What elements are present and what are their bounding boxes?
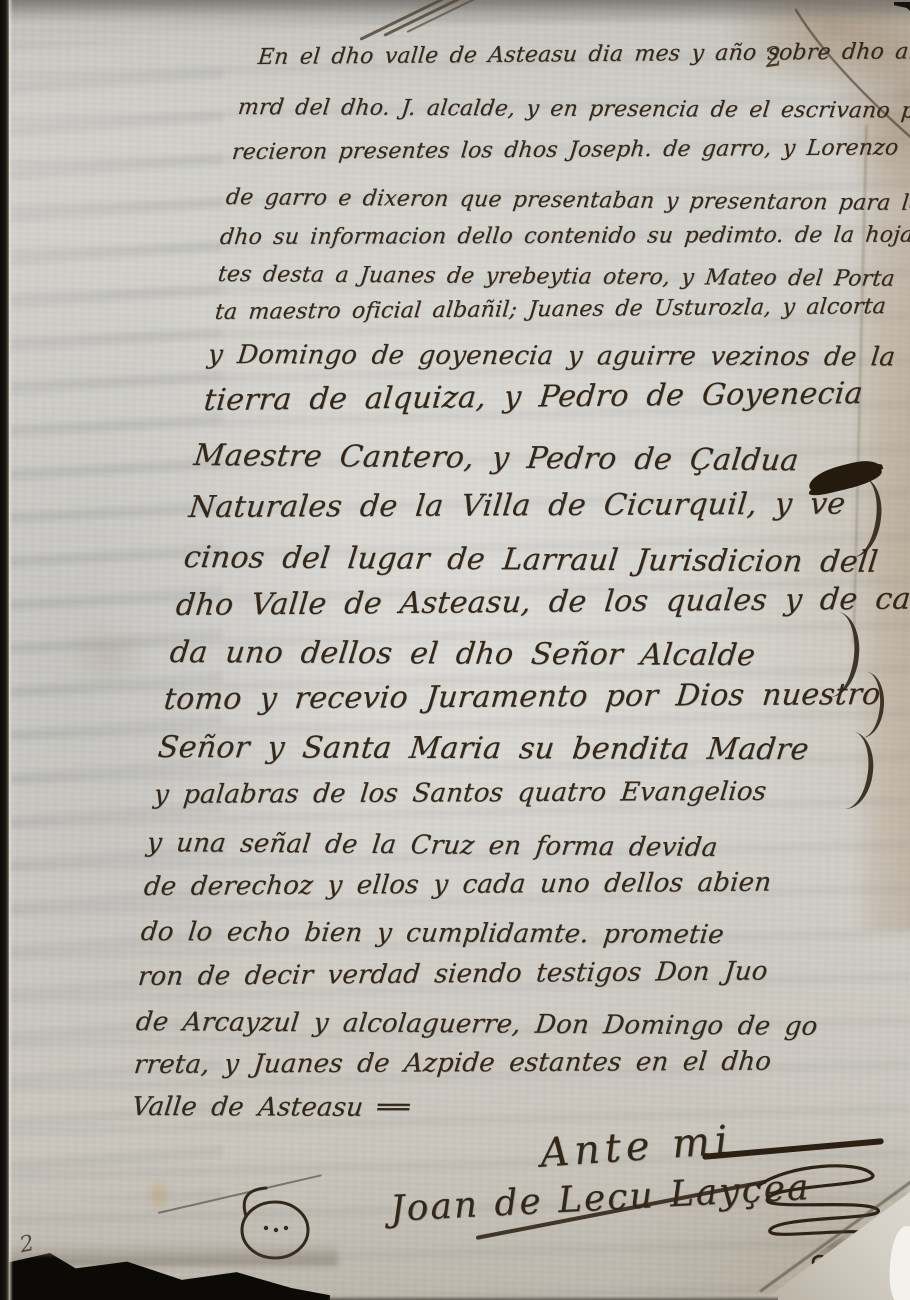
paper-stain-dot	[146, 1178, 172, 1212]
manuscript-line: do lo echo bien y cumplidamte. prometie	[139, 917, 725, 950]
manuscript-line: y Domingo de goyenecia y aguirre vezinos…	[206, 340, 897, 372]
manuscript-line: da uno dellos el dho Señor Alcalde	[168, 635, 757, 673]
closing-formula: Ante mi	[539, 1117, 735, 1176]
manuscript-line: ron de decir verdad siendo testigos Don …	[137, 956, 770, 992]
manuscript-line: tierra de alquiza, y Pedro de Goyenecia	[202, 376, 864, 418]
manuscript-line: Señor y Santa Maria su bendita Madre	[156, 730, 811, 767]
manuscript-line: de derechoz y ellos y cada uno dellos ab…	[143, 868, 773, 902]
notary-signature: Joan de Lecu Layçea	[389, 1167, 811, 1230]
manuscript-line: de garro e dixeron que presentaban y pre…	[225, 185, 910, 216]
manuscript-line: mrd del dho. J. alcalde, y en presencia …	[237, 95, 910, 124]
corner-crease-line	[794, 8, 910, 148]
manuscript-line: tes desta a Juanes de yrebeytia otero, y…	[217, 262, 897, 292]
manuscript-photo: 2 En el dho valle de Asteasu dia mes y a…	[0, 0, 910, 1300]
manuscript-line: y una señal de la Cruz en forma devida	[145, 828, 719, 863]
top-edge-shadow	[8, 0, 910, 26]
manuscript-line: rreta, y Juanes de Azpide estantes en el…	[133, 1047, 773, 1080]
manuscript-line: Naturales de la Villa de Cicurquil, y ve	[187, 487, 847, 525]
manuscript-line: dho Valle de Asteasu, de los quales y de…	[174, 582, 910, 623]
manuscript-line: y palabras de los Santos quatro Evangeli…	[153, 777, 768, 810]
manuscript-line: recieron presentes los dhos Joseph. de g…	[231, 135, 900, 165]
manuscript-line: de Arcayzul y alcolaguerre, Don Domingo …	[134, 1007, 819, 1042]
manuscript-line: Valle de Asteasu ══	[130, 1092, 411, 1123]
paper-stain	[63, 620, 153, 690]
manuscript-line: cinos del lugar de Larraul Jurisdicion d…	[182, 540, 880, 580]
manuscript-line: tomo y recevio Juramento por Dios nuestr…	[162, 677, 882, 717]
manuscript-line: dho su informacion dello contenido su pe…	[219, 222, 910, 250]
bottom-edge-shadow	[308, 1296, 778, 1300]
binding-edge	[0, 0, 9, 1300]
manuscript-line: Maestre Cantero, y Pedro de Çaldua	[192, 438, 801, 478]
manuscript-line: ta maestro oficial albañil; Juanes de Us…	[214, 294, 887, 325]
page-edge-highlight	[9, 0, 13, 1300]
manuscript-page: 2 En el dho valle de Asteasu dia mes y a…	[8, 0, 910, 1300]
